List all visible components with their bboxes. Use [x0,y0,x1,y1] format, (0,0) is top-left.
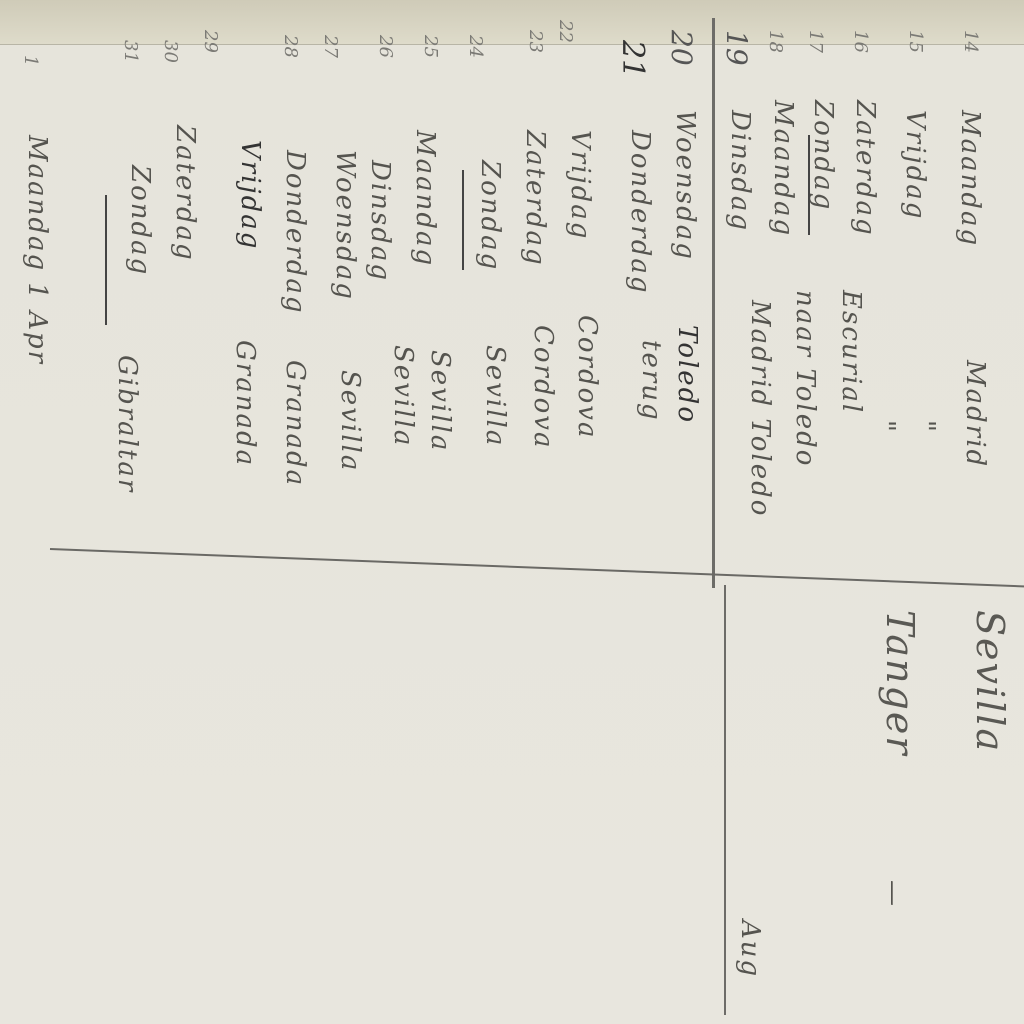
bottom-mark: Aug [735,920,765,978]
weekday: Donderdag [625,130,655,295]
vertical-rule-lower [724,585,726,1015]
place-circled: Toledo [672,325,702,424]
trip-note: naar Toledo [790,290,820,467]
date-number: 29 [200,30,221,53]
trip-note: Madrid Toledo [745,300,775,517]
date-number: 15 [905,30,926,53]
place: Sevilla [335,370,365,472]
weekday: Donderdag [280,150,310,315]
weekday: Zaterdag [850,100,880,237]
underline [105,195,107,325]
weekday: Zaterdag [170,125,200,262]
trip-note: Escurial [836,290,866,414]
place-right: Sevilla [968,610,1012,753]
weekday: Zondag [475,160,505,271]
date-number: 20 [665,30,698,66]
place: Granada [230,340,260,467]
place: Sevilla [425,350,455,452]
vertical-rule-main [712,18,715,588]
ditto-mark: " [870,420,900,434]
weekday: Woensdag [330,150,360,301]
date-number: 27 [320,35,341,58]
ditto-mark: " [910,420,940,434]
place: Cordova [528,325,558,449]
date-number: 18 [765,30,786,53]
weekday: Zondag [125,165,155,276]
dash-mark: — [878,880,908,908]
place-right: Tanger [878,610,922,757]
place: Gibraltar [112,355,142,493]
monday-note: Maandag 1 Apr [22,135,52,365]
notebook-page: 31 30 29 28 27 26 25 24 23 22 21 20 19 1… [0,0,1024,1024]
place: Sevilla [388,345,418,447]
horizontal-rule [50,548,1024,588]
date-number: 14 [960,30,981,53]
date-number: 24 [465,35,486,58]
date-number: 25 [420,35,441,58]
date-number: 28 [280,35,301,58]
underline [462,170,464,270]
date-number: 31 [120,40,141,63]
date-number: 22 [555,20,576,43]
weekday: Maandag [768,100,798,237]
weekday: Zaterdag [520,130,550,267]
place: Madrid [960,360,990,468]
date-number: 30 [160,40,181,63]
date-number: 26 [375,35,396,58]
weekday: Woensdag [670,110,700,261]
weekday: Dinsdag [365,160,395,282]
date-number: 1 [20,55,41,66]
date-number: 19 [720,30,753,66]
place: Granada [280,360,310,487]
date-number: 17 [805,30,826,53]
date-number: 23 [525,30,546,53]
weekday: Vrijdag [900,110,930,220]
date-number: 16 [850,30,871,53]
place: Cordova [572,315,602,439]
weekday: Maandag [955,110,985,247]
weekday: Dinsdag [725,110,755,232]
trip-note: terug [636,340,666,422]
weekday: Zondag [808,100,838,211]
weekday: Maandag [410,130,440,267]
weekday: Vrijdag [565,130,595,240]
place: Sevilla [480,345,510,447]
underline [808,135,810,235]
weekday-bold: Vrijdag [235,140,265,250]
date-number-bold: 21 [615,40,650,78]
